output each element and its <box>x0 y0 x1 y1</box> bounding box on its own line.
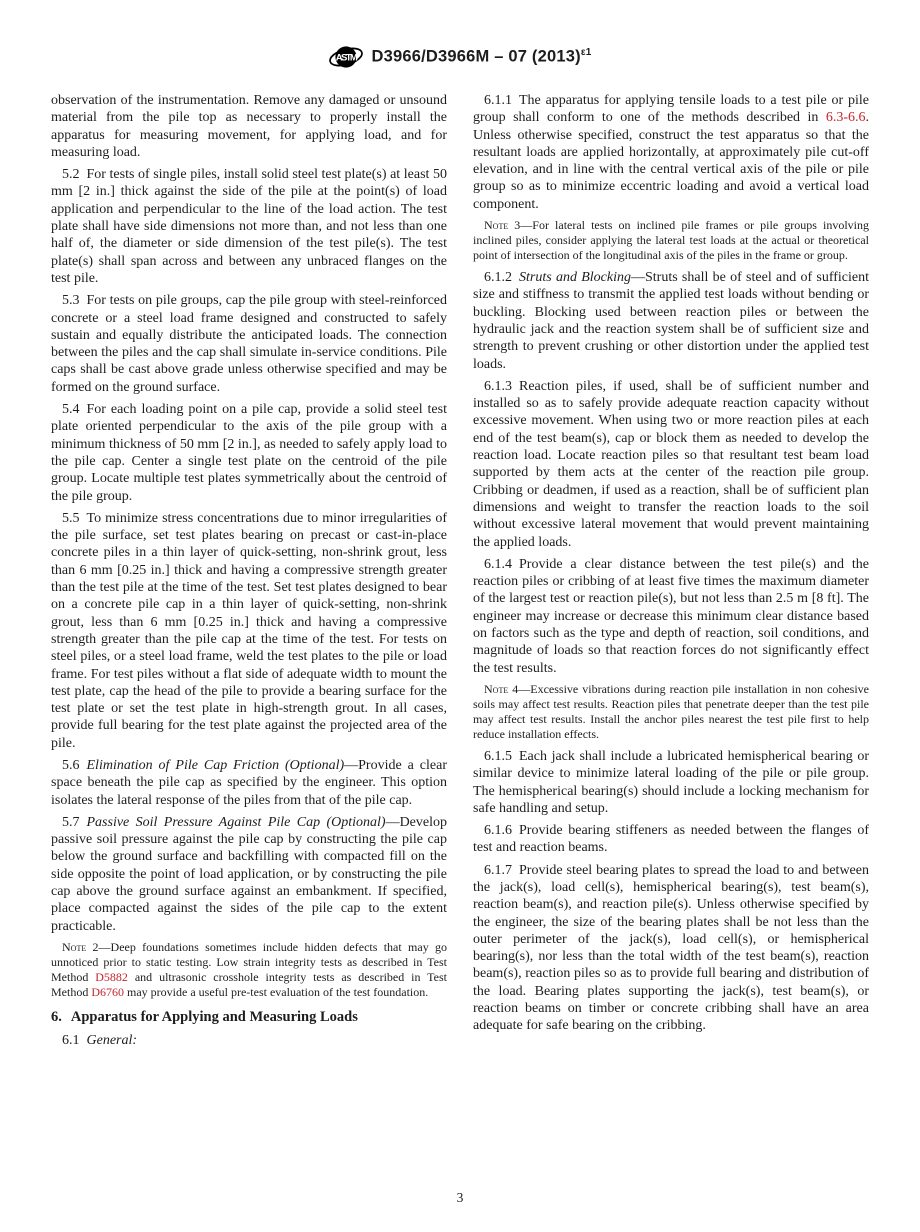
body-paragraph: 6.1.5 Each jack shall include a lubricat… <box>473 748 869 817</box>
doc-link[interactable]: D5882 <box>95 970 128 984</box>
body-text: 6.1.1 The apparatus for applying tensile… <box>473 93 869 125</box>
body-paragraph: 5.3 For tests on pile groups, cap the pi… <box>51 292 447 396</box>
left-column: observation of the instrumentation. Remo… <box>51 92 447 1055</box>
body-paragraph: 6.1.2 Struts and Blocking—Struts shall b… <box>473 269 869 373</box>
body-text: 6.1.4 Provide a clear distance between t… <box>473 557 869 676</box>
note-paragraph: Note 4—Excessive vibrations during react… <box>473 682 869 742</box>
body-text: 5.7 <box>62 815 87 830</box>
astm-logo-icon: ASTM <box>328 43 364 71</box>
italic-text: Elimination of Pile Cap Friction (Option… <box>87 758 345 773</box>
body-text: 5.6 <box>62 758 87 773</box>
body-paragraph: 6.1.6 Provide bearing stiffeners as need… <box>473 822 869 857</box>
body-text: may provide a useful pre-test evaluation… <box>124 985 428 999</box>
body-paragraph: 5.4 For each loading point on a pile cap… <box>51 401 447 505</box>
section-number: 6. <box>51 1009 62 1025</box>
body-paragraph: 5.7 Passive Soil Pressure Against Pile C… <box>51 814 447 935</box>
body-paragraph: observation of the instrumentation. Remo… <box>51 92 447 161</box>
note-label: Note 2 <box>62 940 99 954</box>
doc-link[interactable]: D6760 <box>91 985 124 999</box>
body-text: 6.1.2 <box>484 270 519 285</box>
body-text: 5.4 For each loading point on a pile cap… <box>51 402 447 503</box>
page-header: ASTM D3966/D3966M – 07 (2013)ε1 <box>51 40 869 74</box>
body-text: 5.5 To minimize stress concentrations du… <box>51 511 447 751</box>
section-title: Apparatus for Applying and Measuring Loa… <box>71 1009 358 1025</box>
body-text: observation of the instrumentation. Remo… <box>51 93 447 160</box>
body-text: 6.1.5 Each jack shall include a lubricat… <box>473 749 869 816</box>
body-text: —For lateral tests on inclined pile fram… <box>473 218 869 262</box>
body-text: 6.1 <box>62 1033 87 1048</box>
note-paragraph: Note 3—For lateral tests on inclined pil… <box>473 218 869 263</box>
italic-text: General: <box>87 1033 138 1048</box>
body-paragraph: 6.1.7 Provide steel bearing plates to sp… <box>473 862 869 1035</box>
doc-code: D3966/D3966M – 07 (2013) <box>371 48 580 66</box>
body-text: 5.2 For tests of single piles, install s… <box>51 167 447 286</box>
note-paragraph: Note 2—Deep foundations sometimes includ… <box>51 940 447 1000</box>
body-text: —Develop passive soil pressure against t… <box>51 815 447 934</box>
italic-text: Struts and Blocking <box>519 270 631 285</box>
section-heading: 6.Apparatus for Applying and Measuring L… <box>51 1009 447 1026</box>
italic-text: Passive Soil Pressure Against Pile Cap (… <box>87 815 386 830</box>
body-text: 6.1.6 Provide bearing stiffeners as need… <box>473 823 869 855</box>
right-column: 6.1.1 The apparatus for applying tensile… <box>473 92 869 1055</box>
note-label: Note 4 <box>484 682 518 696</box>
body-paragraph: 6.1.3 Reaction piles, if used, shall be … <box>473 378 869 551</box>
note-label: Note 3 <box>484 218 520 232</box>
body-paragraph: 6.1 General: <box>51 1032 447 1049</box>
content-columns: observation of the instrumentation. Remo… <box>51 92 869 1055</box>
document-page: ASTM D3966/D3966M – 07 (2013)ε1 observat… <box>0 0 920 1055</box>
body-text: 6.1.3 Reaction piles, if used, shall be … <box>473 379 869 550</box>
body-text: . Unless otherwise specified, construct … <box>473 110 869 211</box>
doc-link[interactable]: 6.3-6.6 <box>826 110 866 125</box>
body-text: —Excessive vibrations during reaction pi… <box>473 682 869 741</box>
body-paragraph: 6.1.4 Provide a clear distance between t… <box>473 556 869 677</box>
page-number: 3 <box>0 1190 920 1206</box>
doc-errata-superscript: ε1 <box>581 47 592 58</box>
body-text: 5.3 For tests on pile groups, cap the pi… <box>51 293 447 394</box>
doc-code-title: D3966/D3966M – 07 (2013)ε1 <box>371 47 591 67</box>
body-paragraph: 5.5 To minimize stress concentrations du… <box>51 510 447 752</box>
body-paragraph: 5.2 For tests of single piles, install s… <box>51 166 447 287</box>
body-paragraph: 6.1.1 The apparatus for applying tensile… <box>473 92 869 213</box>
body-text: 6.1.7 Provide steel bearing plates to sp… <box>473 863 869 1034</box>
body-paragraph: 5.6 Elimination of Pile Cap Friction (Op… <box>51 757 447 809</box>
body-text: —Struts shall be of steel and of suffici… <box>473 270 869 371</box>
astm-logo-text: ASTM <box>336 52 358 63</box>
